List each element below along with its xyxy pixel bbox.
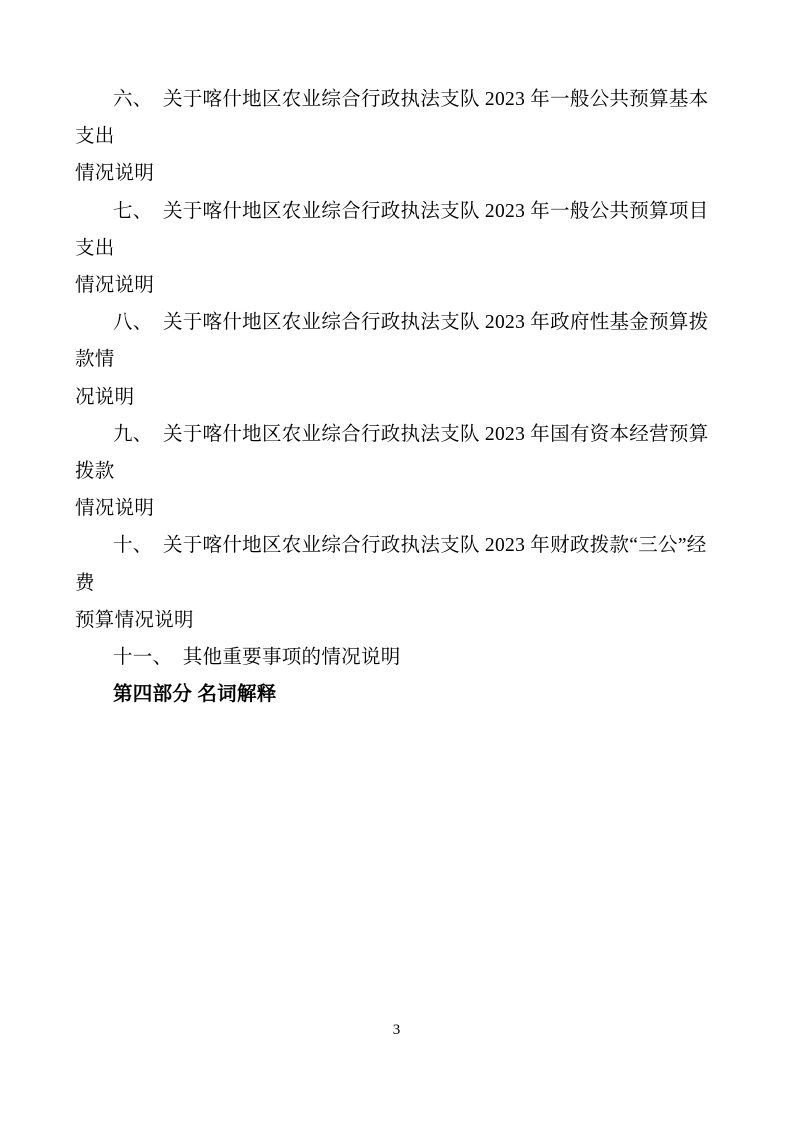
section-heading: 第四部分 名词解释	[75, 676, 712, 713]
toc-item-6-line-2: 情况说明	[75, 155, 712, 192]
toc-item-9-line-2: 情况说明	[75, 490, 712, 527]
toc-item-8-line-2: 况说明	[75, 379, 712, 416]
toc-item-11: 十一、 其他重要事项的情况说明	[75, 639, 712, 676]
document-page: 六、 关于喀什地区农业综合行政执法支队 2023 年一般公共预算基本支出 情况说…	[0, 0, 793, 1122]
toc-item-10-line-2: 预算情况说明	[75, 602, 712, 639]
toc-item-9-line-1: 九、 关于喀什地区农业综合行政执法支队 2023 年国有资本经营预算拨款	[75, 416, 712, 490]
toc-item-10-line-1: 十、 关于喀什地区农业综合行政执法支队 2023 年财政拨款“三公”经费	[75, 527, 712, 601]
toc-item-7-line-2: 情况说明	[75, 267, 712, 304]
toc-item-6-line-1: 六、 关于喀什地区农业综合行政执法支队 2023 年一般公共预算基本支出	[75, 81, 712, 155]
toc-content: 六、 关于喀什地区农业综合行政执法支队 2023 年一般公共预算基本支出 情况说…	[75, 81, 712, 713]
page-number: 3	[0, 1021, 793, 1039]
toc-item-7-line-1: 七、 关于喀什地区农业综合行政执法支队 2023 年一般公共预算项目支出	[75, 193, 712, 267]
toc-item-8-line-1: 八、 关于喀什地区农业综合行政执法支队 2023 年政府性基金预算拨款情	[75, 304, 712, 378]
